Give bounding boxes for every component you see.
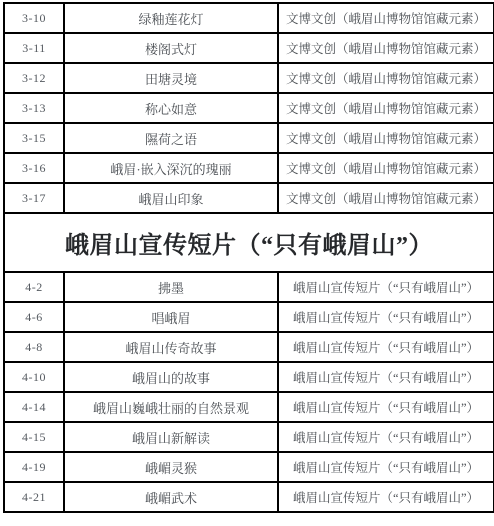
entry-name: 田塘灵境	[64, 63, 278, 93]
entry-category: 文博文创（峨眉山博物馆馆藏元素）	[278, 153, 494, 183]
entry-id: 3-16	[4, 153, 64, 183]
entry-name: 峨眉山巍峨壮丽的自然景观	[64, 392, 278, 422]
table-row: 3-10 绿釉莲花灯 文博文创（峨眉山博物馆馆藏元素）	[4, 3, 494, 33]
entry-id: 4-6	[4, 302, 64, 332]
entry-name: 峨眉山的故事	[64, 362, 278, 392]
entry-id: 4-15	[4, 422, 64, 452]
entry-category: 峨眉山宣传短片（“只有峨眉山”）	[278, 422, 494, 452]
entry-category: 文博文创（峨眉山博物馆馆藏元素）	[278, 183, 494, 213]
entry-name: 称心如意	[64, 93, 278, 123]
table-row: 3-13 称心如意 文博文创（峨眉山博物馆馆藏元素）	[4, 93, 494, 123]
program-table: 3-10 绿釉莲花灯 文博文创（峨眉山博物馆馆藏元素） 3-11 楼阁式灯 文博…	[3, 2, 494, 513]
entry-category: 峨眉山宣传短片（“只有峨眉山”）	[278, 482, 494, 512]
entry-id: 3-15	[4, 123, 64, 153]
entry-category: 文博文创（峨眉山博物馆馆藏元素）	[278, 123, 494, 153]
entry-name: 峨眉山传奇故事	[64, 332, 278, 362]
entry-id: 4-8	[4, 332, 64, 362]
entry-category: 文博文创（峨眉山博物馆馆藏元素）	[278, 63, 494, 93]
entry-category: 峨眉山宣传短片（“只有峨眉山”）	[278, 332, 494, 362]
table-row: 3-12 田塘灵境 文博文创（峨眉山博物馆馆藏元素）	[4, 63, 494, 93]
table-row: 4-15 峨眉山新解读 峨眉山宣传短片（“只有峨眉山”）	[4, 422, 494, 452]
entry-id: 3-11	[4, 33, 64, 63]
entry-name: 楼阁式灯	[64, 33, 278, 63]
entry-name: 峨眉山印象	[64, 183, 278, 213]
table-row: 3-17 峨眉山印象 文博文创（峨眉山博物馆馆藏元素）	[4, 183, 494, 213]
entry-name: 峨嵋武术	[64, 482, 278, 512]
table-row: 4-10 峨眉山的故事 峨眉山宣传短片（“只有峨眉山”）	[4, 362, 494, 392]
entry-name: 隰荷之语	[64, 123, 278, 153]
entry-category: 文博文创（峨眉山博物馆馆藏元素）	[278, 93, 494, 123]
entry-name: 峨眉·嵌入深沉的瑰丽	[64, 153, 278, 183]
entry-id: 4-14	[4, 392, 64, 422]
entry-category: 峨眉山宣传短片（“只有峨眉山”）	[278, 272, 494, 302]
table-row: 4-2 拂墨 峨眉山宣传短片（“只有峨眉山”）	[4, 272, 494, 302]
entry-category: 峨眉山宣传短片（“只有峨眉山”）	[278, 302, 494, 332]
table-row: 3-16 峨眉·嵌入深沉的瑰丽 文博文创（峨眉山博物馆馆藏元素）	[4, 153, 494, 183]
table-row: 4-6 唱峨眉 峨眉山宣传短片（“只有峨眉山”）	[4, 302, 494, 332]
entry-id: 3-13	[4, 93, 64, 123]
table-row: 4-14 峨眉山巍峨壮丽的自然景观 峨眉山宣传短片（“只有峨眉山”）	[4, 392, 494, 422]
table-row: 3-11 楼阁式灯 文博文创（峨眉山博物馆馆藏元素）	[4, 33, 494, 63]
entry-id: 4-10	[4, 362, 64, 392]
entry-name: 峨嵋灵猴	[64, 452, 278, 482]
table-row: 4-8 峨眉山传奇故事 峨眉山宣传短片（“只有峨眉山”）	[4, 332, 494, 362]
entry-name: 唱峨眉	[64, 302, 278, 332]
table-row: 4-19 峨嵋灵猴 峨眉山宣传短片（“只有峨眉山”）	[4, 452, 494, 482]
entry-category: 峨眉山宣传短片（“只有峨眉山”）	[278, 392, 494, 422]
entry-id: 3-17	[4, 183, 64, 213]
entry-name: 绿釉莲花灯	[64, 3, 278, 33]
entry-category: 文博文创（峨眉山博物馆馆藏元素）	[278, 3, 494, 33]
entry-id: 4-19	[4, 452, 64, 482]
entry-name: 拂墨	[64, 272, 278, 302]
entry-category: 峨眉山宣传短片（“只有峨眉山”）	[278, 452, 494, 482]
document-page: 3-10 绿釉莲花灯 文博文创（峨眉山博物馆馆藏元素） 3-11 楼阁式灯 文博…	[0, 0, 494, 526]
section-header-row: 峨眉山宣传短片（“只有峨眉山”）	[4, 213, 494, 272]
entry-category: 峨眉山宣传短片（“只有峨眉山”）	[278, 362, 494, 392]
table-row: 4-21 峨嵋武术 峨眉山宣传短片（“只有峨眉山”）	[4, 482, 494, 512]
table-row: 3-15 隰荷之语 文博文创（峨眉山博物馆馆藏元素）	[4, 123, 494, 153]
section-header-title: 峨眉山宣传短片（“只有峨眉山”）	[4, 213, 494, 272]
entry-id: 4-2	[4, 272, 64, 302]
entry-id: 3-10	[4, 3, 64, 33]
entry-name: 峨眉山新解读	[64, 422, 278, 452]
entry-category: 文博文创（峨眉山博物馆馆藏元素）	[278, 33, 494, 63]
entry-id: 3-12	[4, 63, 64, 93]
entry-id: 4-21	[4, 482, 64, 512]
